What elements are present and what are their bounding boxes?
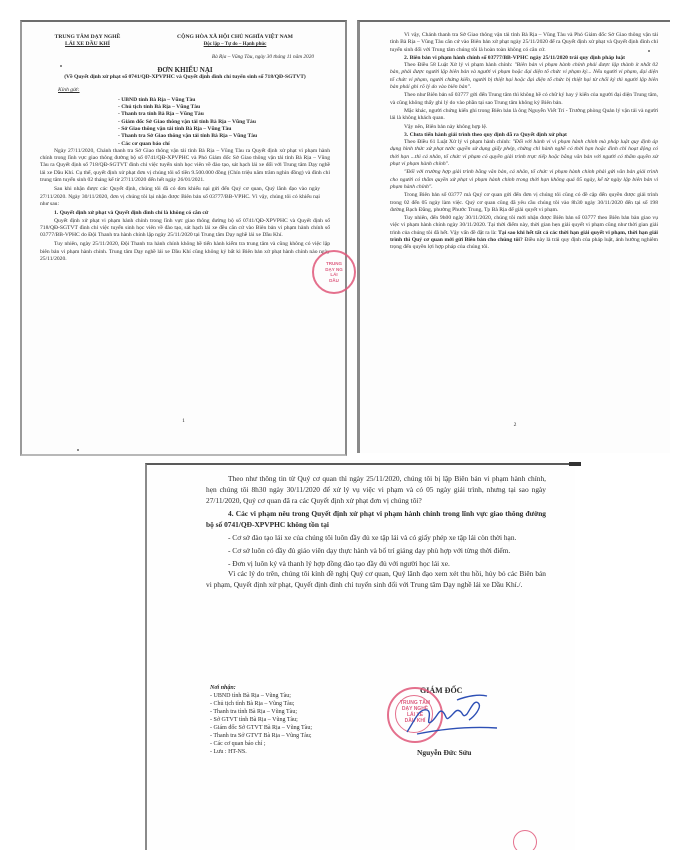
nation-block: CỘNG HÒA XÃ HỘI CHỦ NGHĨA VIỆT NAM Độc l… — [140, 34, 330, 49]
paragraph: Theo như Biên bản số 03777 gửi đến Trung… — [390, 92, 658, 107]
issuer-line-2: LÁI XE DẦU KHÍ — [40, 41, 135, 48]
paragraph: Ngày 27/11/2020, Chánh thanh tra Sở Giao… — [40, 148, 330, 184]
page-3: Theo như thông tin từ Quý cơ quan thì ng… — [145, 463, 575, 850]
bullet-item: - Cơ sở luôn có đầy đủ giáo viên dạy thự… — [206, 546, 546, 557]
salutation: Kính gửi: — [58, 87, 330, 94]
recipient-item: - Thanh tra tỉnh Bà Rịa – Vũng Tàu — [118, 111, 330, 118]
letter-header: TRUNG TÂM DẠY NGHỀ LÁI XE DẦU KHÍ CỘNG H… — [40, 34, 330, 49]
page-2-content: Vì vậy, Chánh thanh tra Sở Giao thông vậ… — [390, 32, 658, 252]
paragraph: Tuy nhiên, đến 9h00 ngày 30/11/2020, chú… — [390, 215, 658, 251]
paragraph: Vì vậy, Chánh thanh tra Sở Giao thông vậ… — [390, 32, 658, 54]
recipient-item: - Thanh tra Sở Giao thông vận tải tỉnh B… — [118, 133, 330, 140]
stamp-fragment — [513, 830, 537, 850]
cc-item: - Giám đốc Sở GTVT Bà Rịa – Vũng Tàu; — [210, 724, 312, 732]
page-1-content: TRUNG TÂM DẠY NGHỀ LÁI XE DẦU KHÍ CỘNG H… — [40, 34, 330, 263]
recipient-list: - UBND tỉnh Bà Rịa – Vũng Tàu - Chủ tịch… — [118, 97, 330, 148]
section-heading-1: 1. Quyết định xử phạt và Quyết định đình… — [40, 210, 330, 217]
recipient-item: - Chủ tịch tỉnh Bà Rịa – Vũng Tàu — [118, 104, 330, 111]
paragraph: "Đối với trường hợp giải trình bằng văn … — [390, 169, 658, 191]
paragraph: Theo như thông tin từ Quý cơ quan thì ng… — [206, 474, 546, 506]
cc-item: - Thanh tra Sở GTVT Bà Rịa – Vũng Tàu; — [210, 732, 312, 740]
scan-speck — [648, 50, 650, 52]
document-subtitle: (Về Quyết định xử phạt số 0741/QĐ-XPVPHC… — [60, 74, 310, 81]
page-1: TRUNG TÂM DẠY NGHỀ LÁI XE DẦU KHÍ CỘNG H… — [20, 20, 347, 456]
section-heading-4: 4. Các vi phạm nêu trong Quyết định xử p… — [206, 509, 546, 531]
cc-item: - Sở GTVT tỉnh Bà Rịa – Vũng Tàu; — [210, 716, 312, 724]
cc-item: - UBND tỉnh Bà Rịa – Vũng Tàu; — [210, 692, 312, 700]
conclusion-paragraph: Vì các lý do trên, chúng tôi kính đề ngh… — [206, 569, 546, 591]
signature — [397, 690, 507, 740]
recipient-item: - Giám đốc Sở Giao thông vận tải tỉnh Bà… — [118, 119, 330, 126]
recipient-item: - Sở Giao thông vận tải tỉnh Bà Rịa – Vũ… — [118, 126, 330, 133]
paragraph: Tuy nhiên, ngày 25/11/2020, Đội Thanh tr… — [40, 241, 330, 263]
nation-motto: Độc lập – Tự do – Hạnh phúc — [140, 41, 330, 48]
cc-title: Nơi nhận: — [210, 684, 312, 692]
cc-item: - Lưu : HT-NS. — [210, 748, 312, 756]
red-stamp: TRUNG DẠY NG LÁI DẦU — [312, 250, 356, 294]
paragraph: Trong Biên bản số 03777 mà Quý cơ quan g… — [390, 192, 658, 214]
page-2: Vì vậy, Chánh thanh tra Sở Giao thông vậ… — [357, 20, 670, 453]
page-number: 2 — [360, 422, 670, 429]
paragraph: Mặc khác, người chứng kiến ghi trong Biê… — [390, 108, 658, 123]
cc-item: - Thanh tra tỉnh Bà Rịa – Vũng Tàu; — [210, 708, 312, 716]
paragraph: Vậy nên, Biên bản này không hợp lệ. — [390, 124, 658, 131]
bullet-item: - Đơn vị luôn ký và thanh lý hợp đồng đà… — [206, 559, 546, 570]
cc-block: Nơi nhận: - UBND tỉnh Bà Rịa – Vũng Tàu;… — [210, 684, 312, 756]
scan-speck — [77, 449, 79, 451]
scan-speck — [60, 65, 62, 67]
paragraph: Sau khi nhận được các Quyết định, chúng … — [40, 186, 330, 208]
recipient-item: - UBND tỉnh Bà Rịa – Vũng Tàu — [118, 97, 330, 104]
cc-item: - Các cơ quan báo chí ; — [210, 740, 312, 748]
paragraph: Theo Điều 58 Luật Xử lý vi phạm hành chí… — [390, 62, 658, 91]
issuer-block: TRUNG TÂM DẠY NGHỀ LÁI XE DẦU KHÍ — [40, 34, 135, 49]
paragraph: Quyết định xử phạt vi phạm hành chính tr… — [40, 218, 330, 240]
nation-name: CỘNG HÒA XÃ HỘI CHỦ NGHĨA VIỆT NAM — [140, 34, 330, 41]
signer-name: Nguyễn Đức Sửu — [417, 748, 471, 757]
page-number: 1 — [22, 418, 345, 425]
recipient-item: - Các cơ quan báo chí — [118, 141, 330, 148]
frame-corner — [569, 462, 581, 466]
cc-item: - Chủ tịch tỉnh Bà Rịa – Vũng Tàu; — [210, 700, 312, 708]
place-date: Bà Rịa – Vũng Tàu, ngày 30 tháng 11 năm … — [40, 54, 314, 61]
paragraph: Theo Điều 61 Luật Xử lý vi phạm hành chí… — [390, 139, 658, 168]
bullet-item: - Cơ sở đào tạo lái xe của chúng tôi luô… — [206, 533, 546, 544]
page-3-content: Theo như thông tin từ Quý cơ quan thì ng… — [206, 474, 546, 591]
